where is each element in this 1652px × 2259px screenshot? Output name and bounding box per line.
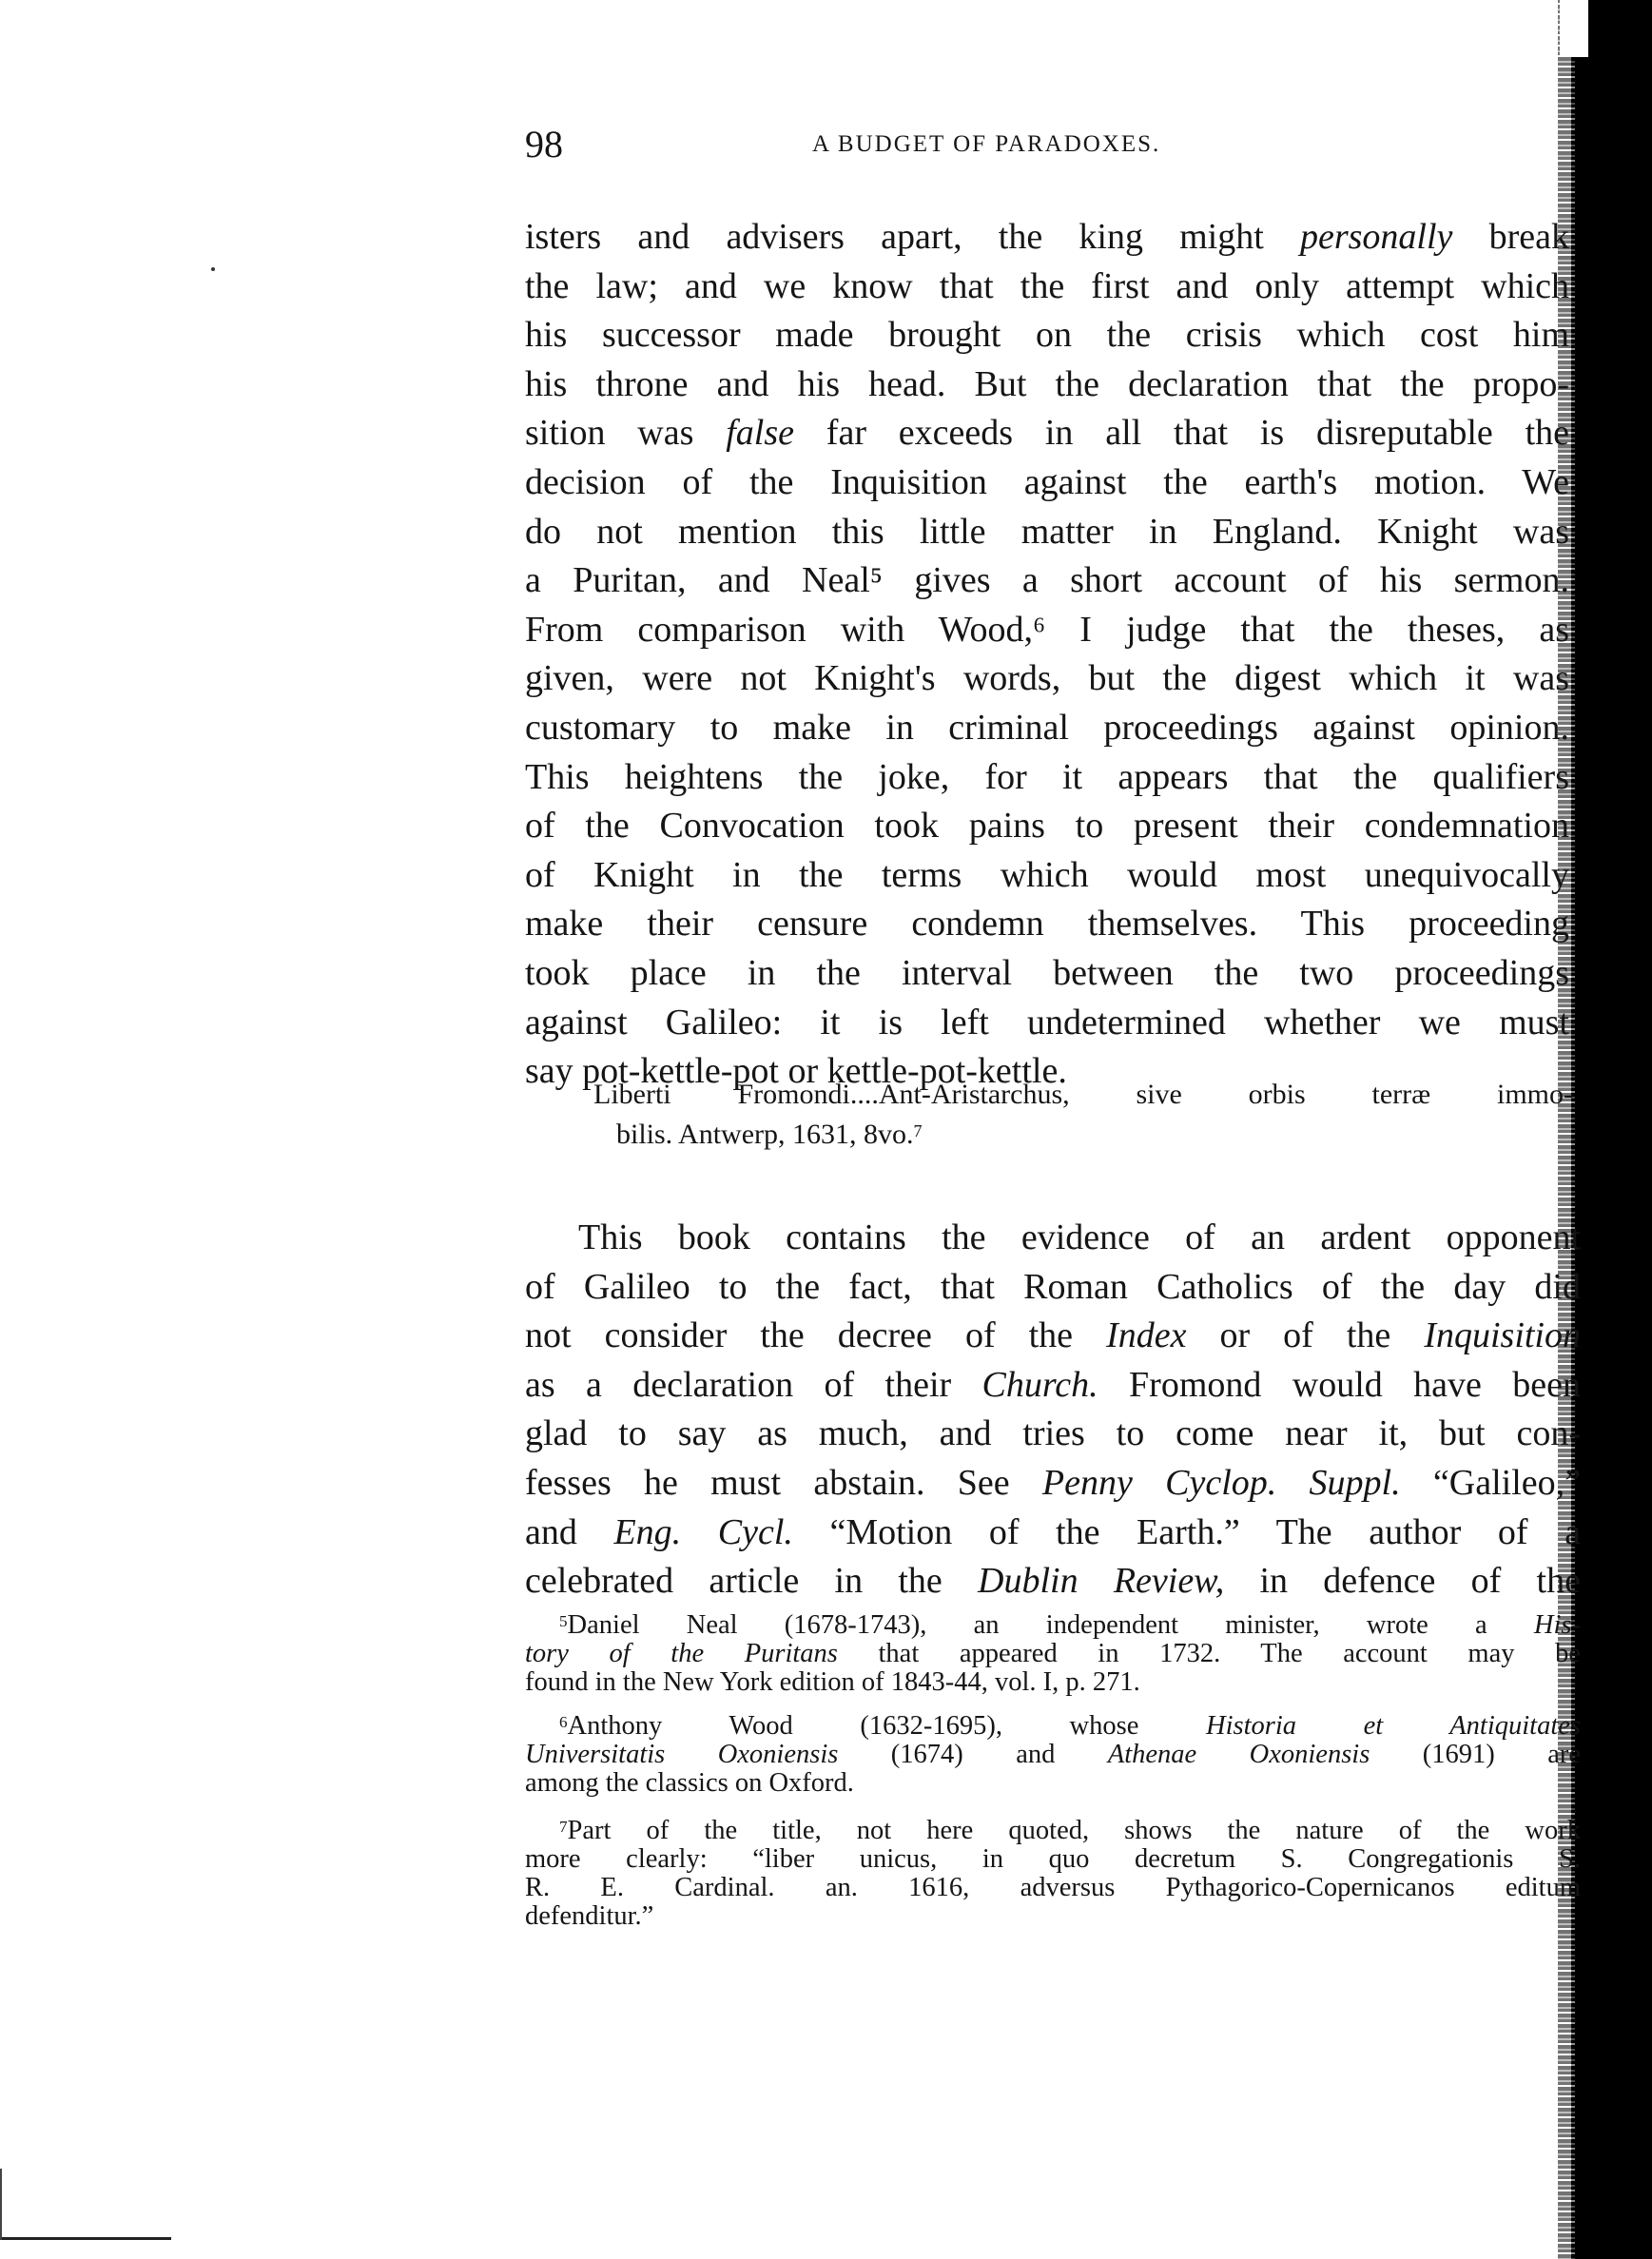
text-run: and [525, 1512, 613, 1552]
scan-corner-mark [0, 2237, 171, 2240]
body-line: This book contains the evidence of an ar… [525, 1214, 1581, 1263]
italic-text: personally [1300, 217, 1452, 257]
body-line: do not mention this little matter in Eng… [525, 508, 1569, 557]
text-run: a Puritan, and Neal⁵ gives a short accou… [525, 560, 1569, 600]
text-run: break [1452, 217, 1569, 257]
footnote-number: 5 [559, 1612, 568, 1630]
italic-text: His- [1534, 1610, 1581, 1640]
text-run: against Galileo: it is left undetermined… [525, 1003, 1569, 1042]
body-line: customary to make in criminal proceeding… [525, 704, 1569, 753]
body-line: sition was false far exceeds in all that… [525, 409, 1569, 458]
italic-text: tory of the Puritans [525, 1639, 838, 1668]
text-run: his successor made brought on the crisis… [525, 315, 1569, 355]
text-run: his throne and his head. But the declara… [525, 364, 1569, 404]
text-run: This heightens the joke, for it appears … [525, 757, 1569, 797]
page-number: 98 [525, 122, 563, 166]
scan-edge-gap [1560, 0, 1588, 57]
text-run: Fromond would have been [1098, 1365, 1581, 1405]
body-line: as a declaration of their Church. Fromon… [525, 1361, 1581, 1411]
italic-text: Dublin Review, [978, 1561, 1224, 1601]
footnote-number: 7 [559, 1818, 568, 1836]
body-line: of the Convocation took pains to present… [525, 802, 1569, 851]
text-run: isters and advisers apart, the king migh… [525, 217, 1300, 257]
text-run: as a declaration of their [525, 1365, 982, 1405]
body-text-continued: This book contains the evidence of an ar… [525, 1214, 1581, 1607]
body-line: glad to say as much, and tries to come n… [525, 1410, 1581, 1459]
text-run: do not mention this little matter in Eng… [525, 512, 1569, 552]
scan-page-edge [1571, 0, 1652, 2259]
text-run: of the Convocation took pains to present… [525, 806, 1569, 846]
body-line: took place in the interval between the t… [525, 949, 1569, 999]
body-line: make their censure condemn themselves. T… [525, 900, 1569, 949]
body-line: of Knight in the terms which would most … [525, 851, 1569, 901]
footnote-5: 5Daniel Neal (1678-1743), an independent… [525, 1611, 1581, 1697]
running-title: A BUDGET OF PARADOXES. [812, 131, 1160, 158]
text-run: or of the [1186, 1315, 1424, 1355]
italic-text: Index [1106, 1315, 1186, 1355]
text-run: Part of the title, not here quoted, show… [568, 1816, 1581, 1845]
body-line: against Galileo: it is left undetermined… [525, 999, 1569, 1048]
footnote-7: 7Part of the title, not here quoted, sho… [525, 1817, 1581, 1931]
text-run: From comparison with Wood,⁶ I judge that… [525, 610, 1569, 650]
text-run: in defence of the [1224, 1561, 1581, 1601]
italic-text: Eng. Cycl. [613, 1512, 792, 1552]
text-run: make their censure condemn themselves. T… [525, 904, 1569, 944]
text-run: that appeared in 1732. The account may b… [838, 1639, 1581, 1668]
entry-line-2: bilis. Antwerp, 1631, 8vo.7 [593, 1115, 1573, 1155]
text-run: “Galileo,” [1401, 1463, 1581, 1503]
bibliographic-entry: Liberti Fromondi....Ant-Aristarchus, siv… [593, 1075, 1573, 1155]
text-run: R. E. Cardinal. an. 1616, adversus Pytha… [525, 1873, 1581, 1902]
text-run: sition was [525, 413, 726, 453]
italic-text: Inquisition [1424, 1315, 1581, 1355]
text-run: more clearly: “liber unicus, in quo decr… [525, 1844, 1581, 1874]
text-run: found in the New York edition of 1843-44… [525, 1667, 1140, 1697]
body-line: his successor made brought on the crisis… [525, 311, 1569, 360]
italic-text: Penny Cyclop. Suppl. [1042, 1463, 1401, 1503]
text-run: defenditur.” [525, 1901, 653, 1931]
entry-line-2-text: bilis. Antwerp, 1631, 8vo. [616, 1119, 914, 1150]
text-run: “Motion of the Earth.” The author of a [793, 1512, 1581, 1552]
text-run: This book contains the evidence of an ar… [578, 1217, 1581, 1257]
footnote-line: among the classics on Oxford. [525, 1769, 1581, 1798]
body-line: a Puritan, and Neal⁵ gives a short accou… [525, 556, 1569, 606]
running-header: 98 A BUDGET OF PARADOXES. [525, 122, 1581, 169]
scan-speck [211, 267, 215, 271]
text-run: far exceeds in all that is disreputable … [794, 413, 1569, 453]
text-run: customary to make in criminal proceeding… [525, 708, 1569, 748]
entry-line-1: Liberti Fromondi....Ant-Aristarchus, siv… [593, 1075, 1573, 1115]
body-line: his throne and his head. But the declara… [525, 360, 1569, 410]
body-line: of Galileo to the fact, that Roman Catho… [525, 1263, 1581, 1313]
body-line: fesses he must abstain. See Penny Cyclop… [525, 1459, 1581, 1509]
italic-text: false [726, 413, 794, 453]
text-run: celebrated article in the [525, 1561, 978, 1601]
footnote-line: defenditur.” [525, 1902, 1581, 1931]
text-run: glad to say as much, and tries to come n… [525, 1413, 1581, 1453]
text-run: of Knight in the terms which would most … [525, 855, 1569, 895]
footnote-ref-7: 7 [914, 1121, 923, 1140]
italic-text: Historia et Antiquitates [1206, 1711, 1581, 1741]
italic-text: Universitatis Oxoniensis [525, 1740, 838, 1769]
text-run: the law; and we know that the first and … [525, 266, 1569, 306]
text-run: Daniel Neal (1678-1743), an independent … [568, 1610, 1534, 1640]
body-line: not consider the decree of the Index or … [525, 1312, 1581, 1361]
text-run: among the classics on Oxford. [525, 1768, 854, 1798]
body-line: and Eng. Cycl. “Motion of the Earth.” Th… [525, 1509, 1581, 1558]
text-run: of Galileo to the fact, that Roman Catho… [525, 1267, 1581, 1307]
text-run: given, were not Knight's words, but the … [525, 658, 1569, 698]
footnote-line: tory of the Puritans that appeared in 17… [525, 1640, 1581, 1668]
text-run: not consider the decree of the [525, 1315, 1106, 1355]
footnote-line: 7Part of the title, not here quoted, sho… [525, 1817, 1581, 1845]
footnote-line: more clearly: “liber unicus, in quo decr… [525, 1845, 1581, 1874]
body-line: This heightens the joke, for it appears … [525, 753, 1569, 803]
text-run: decision of the Inquisition against the … [525, 462, 1569, 502]
footnote-line: 6Anthony Wood (1632-1695), whose Histori… [525, 1712, 1581, 1741]
body-line: given, were not Knight's words, but the … [525, 654, 1569, 704]
body-text: isters and advisers apart, the king migh… [525, 213, 1569, 1097]
footnote-line: Universitatis Oxoniensis (1674) and Athe… [525, 1741, 1581, 1769]
scan-corner-mark-vertical [0, 2169, 2, 2240]
footnote-line: found in the New York edition of 1843-44… [525, 1668, 1581, 1697]
text-run: (1691) are [1370, 1740, 1581, 1769]
text-run: fesses he must abstain. See [525, 1463, 1042, 1503]
text-run: took place in the interval between the t… [525, 953, 1569, 993]
footnote-line: R. E. Cardinal. an. 1616, adversus Pytha… [525, 1874, 1581, 1902]
body-line: the law; and we know that the first and … [525, 263, 1569, 312]
footnote-number: 6 [559, 1713, 568, 1731]
body-line: From comparison with Wood,⁶ I judge that… [525, 606, 1569, 655]
italic-text: Athenae Oxoniensis [1108, 1740, 1370, 1769]
text-run: Anthony Wood (1632-1695), whose [568, 1711, 1206, 1741]
body-line: celebrated article in the Dublin Review,… [525, 1557, 1581, 1607]
footnote-line: 5Daniel Neal (1678-1743), an independent… [525, 1611, 1581, 1640]
text-run: (1674) and [838, 1740, 1107, 1769]
italic-text: Church. [982, 1365, 1098, 1405]
body-line: isters and advisers apart, the king migh… [525, 213, 1569, 263]
body-line: decision of the Inquisition against the … [525, 458, 1569, 508]
footnote-6: 6Anthony Wood (1632-1695), whose Histori… [525, 1712, 1581, 1798]
